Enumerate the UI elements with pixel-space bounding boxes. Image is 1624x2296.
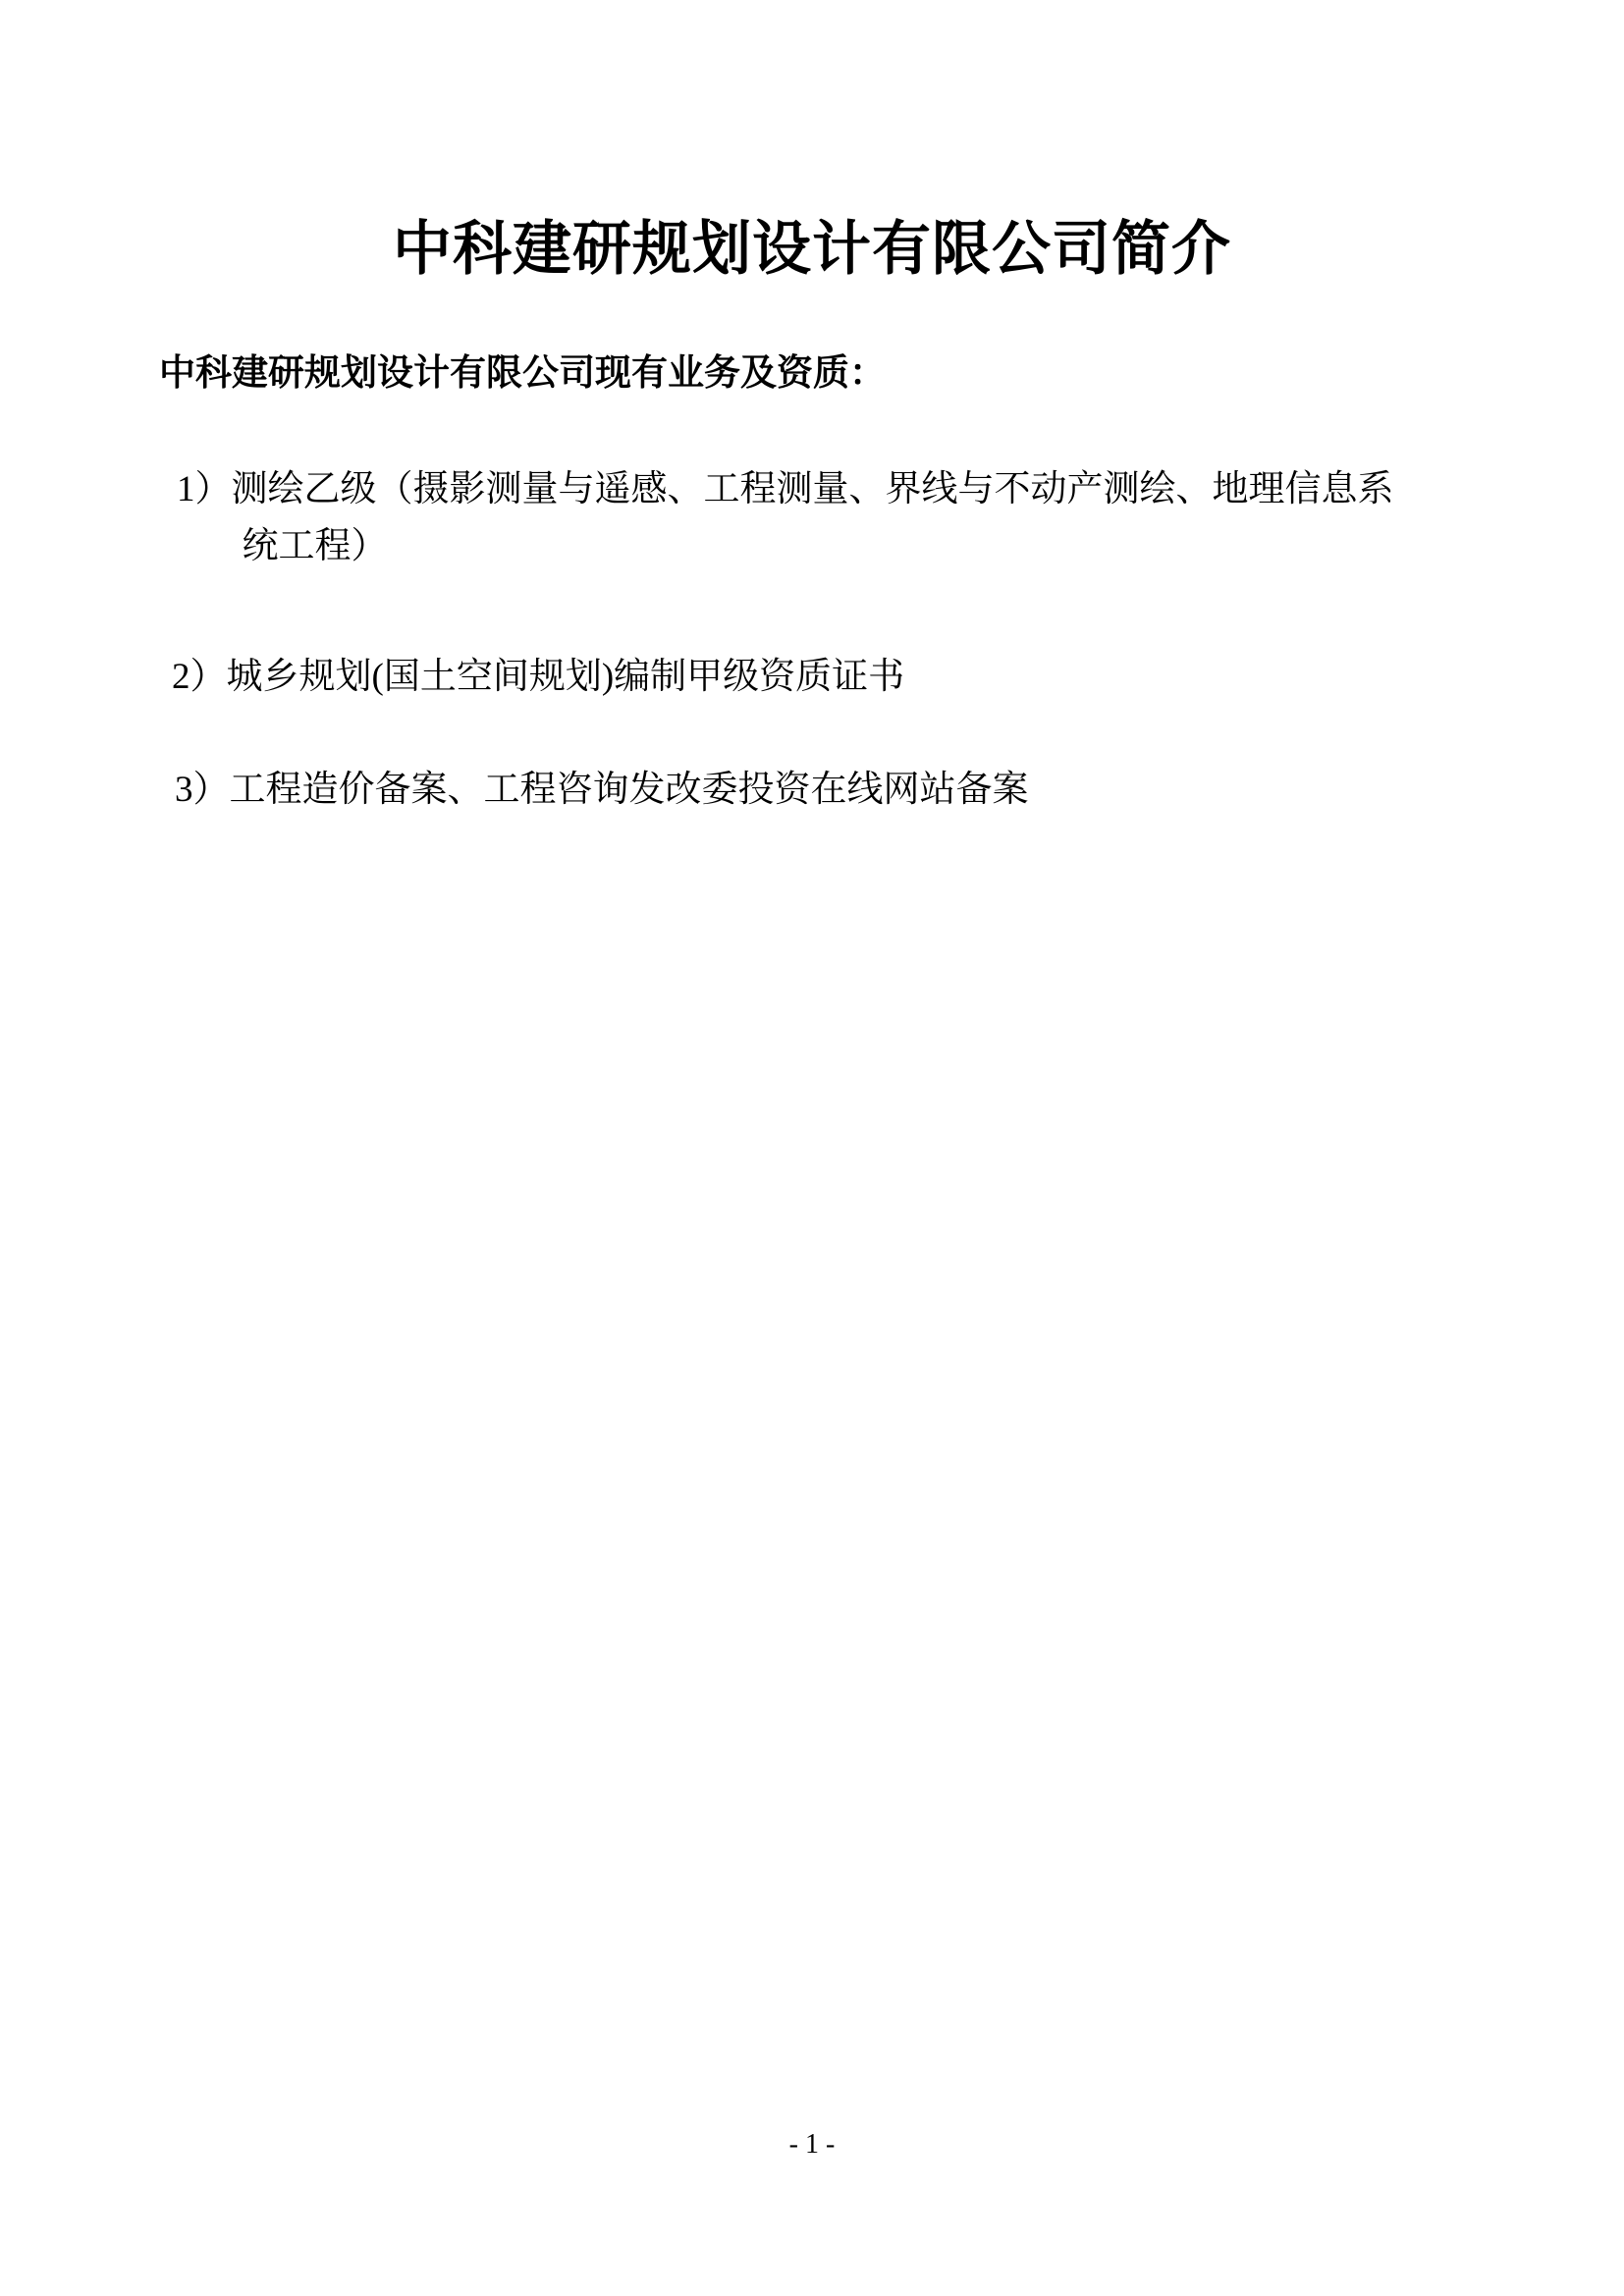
section-heading: 中科建研规划设计有限公司现有业务及资质： — [159, 349, 886, 399]
list-item-3-line-1: 工程造价备案、工程咨询发改委投资在线网站备案 — [230, 762, 1029, 819]
list-item-3-number: 3） — [175, 762, 230, 819]
list-item-1: 1） 测绘乙级（摄影测量与遥感、工程测量、界线与不动产测绘、地理信息系 统工程） — [177, 461, 1394, 575]
list-item-1-line-2: 统工程） — [243, 518, 1394, 575]
list-item-3: 3） 工程造价备案、工程咨询发改委投资在线网站备案 — [175, 762, 1029, 819]
list-item-3-text: 工程造价备案、工程咨询发改委投资在线网站备案 — [230, 762, 1029, 819]
list-item-1-text: 测绘乙级（摄影测量与遥感、工程测量、界线与不动产测绘、地理信息系 统工程） — [232, 461, 1394, 575]
list-item-2-line-1: 城乡规划(国土空间规划)编制甲级资质证书 — [227, 649, 905, 706]
document-page: 中科建研规划设计有限公司简介 中科建研规划设计有限公司现有业务及资质： 1） 测… — [0, 0, 1624, 2296]
list-item-2-text: 城乡规划(国土空间规划)编制甲级资质证书 — [227, 649, 905, 706]
document-title: 中科建研规划设计有限公司简介 — [0, 214, 1624, 285]
page-number: - 1 - — [0, 2128, 1624, 2162]
list-item-2: 2） 城乡规划(国土空间规划)编制甲级资质证书 — [172, 649, 904, 706]
list-item-1-line-1: 测绘乙级（摄影测量与遥感、工程测量、界线与不动产测绘、地理信息系 — [232, 461, 1394, 518]
list-item-1-number: 1） — [177, 461, 232, 518]
list-item-2-number: 2） — [172, 649, 227, 706]
